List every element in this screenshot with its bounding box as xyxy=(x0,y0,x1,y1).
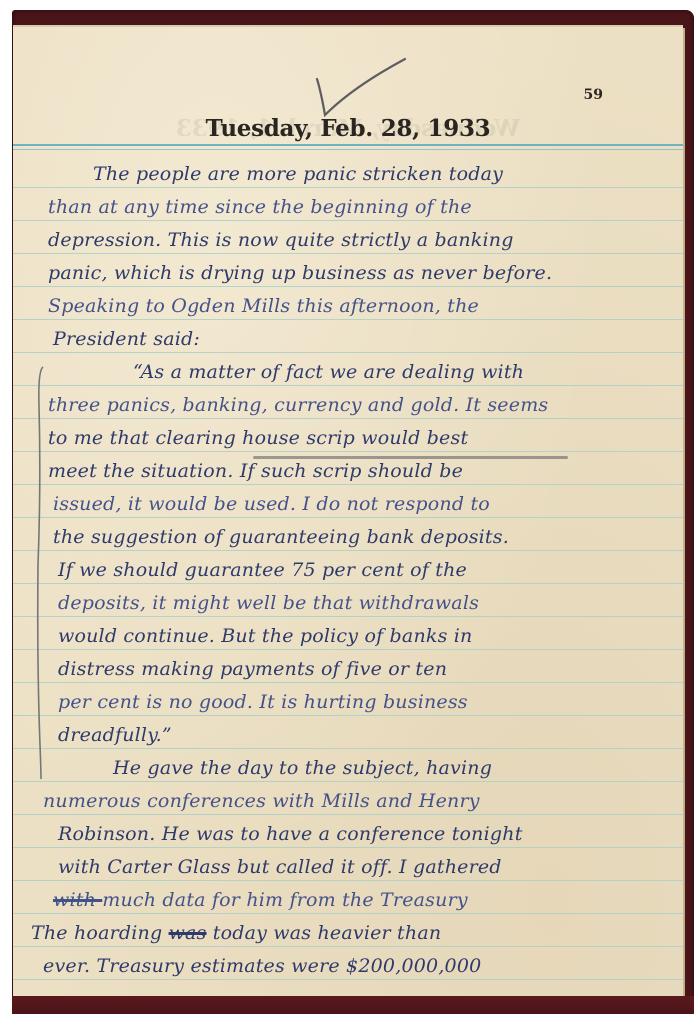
struck-word: was xyxy=(169,922,207,944)
handwritten-line: with Carter Glass but called it off. I g… xyxy=(58,858,700,877)
ruled-line xyxy=(13,253,683,254)
ruled-line xyxy=(13,715,683,716)
ruled-line xyxy=(13,946,683,947)
ruled-line xyxy=(13,880,683,881)
header-rule-top xyxy=(13,144,683,146)
ruled-line xyxy=(13,649,683,650)
handwritten-line: President said: xyxy=(53,330,700,349)
handwritten-line: Speaking to Ogden Mills this afternoon, … xyxy=(48,297,700,316)
ruled-line xyxy=(13,847,683,848)
handwritten-line: Robinson. He was to have a conference to… xyxy=(58,825,700,844)
margin-bracket-icon xyxy=(35,365,45,781)
struck-word: with xyxy=(53,889,102,911)
handwritten-line: with much data for him from the Treasury xyxy=(53,891,700,910)
ruled-line xyxy=(13,187,683,188)
handwritten-line: would continue. But the policy of banks … xyxy=(58,627,700,646)
ruled-line xyxy=(13,517,683,518)
handwritten-line: distress making payments of five or ten xyxy=(58,660,700,679)
handwritten-line: panic, which is drying up business as ne… xyxy=(48,264,700,283)
ruled-line xyxy=(13,220,683,221)
handwritten-line: ever. Treasury estimates were $200,000,0… xyxy=(43,957,700,976)
ruled-line xyxy=(13,616,683,617)
ruled-line xyxy=(13,682,683,683)
ruled-line xyxy=(13,352,683,353)
line-text: much data for him from the Treasury xyxy=(102,889,468,911)
ruled-line xyxy=(13,913,683,914)
handwritten-line: per cent is no good. It is hurting busin… xyxy=(58,693,700,712)
book-cover-bottom xyxy=(12,996,694,1014)
ruled-line xyxy=(13,385,683,386)
handwritten-line: meet the situation. If such scrip should… xyxy=(48,462,700,481)
pencil-underline xyxy=(253,456,568,459)
ruled-line xyxy=(13,814,683,815)
handwritten-line: “As a matter of fact we are dealing with xyxy=(133,363,700,382)
ruled-line xyxy=(13,781,683,782)
diary-page: Wednesday, March 1, 1933 59 Tuesday, Feb… xyxy=(13,27,683,997)
page-number: 59 xyxy=(584,87,603,103)
handwritten-line: If we should guarantee 75 per cent of th… xyxy=(58,561,700,580)
handwritten-line: numerous conferences with Mills and Henr… xyxy=(43,792,700,811)
handwritten-line: issued, it would be used. I do not respo… xyxy=(53,495,700,514)
ruled-line xyxy=(13,451,683,452)
handwritten-line: the suggestion of guaranteeing bank depo… xyxy=(53,528,700,547)
header-rule-bottom xyxy=(13,149,683,150)
handwritten-line: than at any time since the beginning of … xyxy=(48,198,700,217)
ruled-line xyxy=(13,484,683,485)
handwritten-line: deposits, it might well be that withdraw… xyxy=(58,594,700,613)
ruled-line xyxy=(13,583,683,584)
ruled-line xyxy=(13,418,683,419)
check-mark-icon xyxy=(313,57,423,117)
handwritten-line: The people are more panic stricken today xyxy=(93,165,700,184)
handwritten-line: depression. This is now quite strictly a… xyxy=(48,231,700,250)
handwritten-line: The hoarding was today was heavier than xyxy=(31,924,700,943)
handwritten-line: dreadfully.” xyxy=(58,726,700,745)
ruled-line xyxy=(13,979,683,980)
handwritten-line: He gave the day to the subject, having xyxy=(113,759,700,778)
ruled-line xyxy=(13,319,683,320)
ruled-line xyxy=(13,550,683,551)
handwritten-line: to me that clearing house scrip would be… xyxy=(48,429,700,448)
ruled-line xyxy=(13,748,683,749)
ruled-line xyxy=(13,286,683,287)
handwritten-line: three panics, banking, currency and gold… xyxy=(48,396,700,415)
date-heading: Tuesday, Feb. 28, 1933 xyxy=(13,115,683,142)
